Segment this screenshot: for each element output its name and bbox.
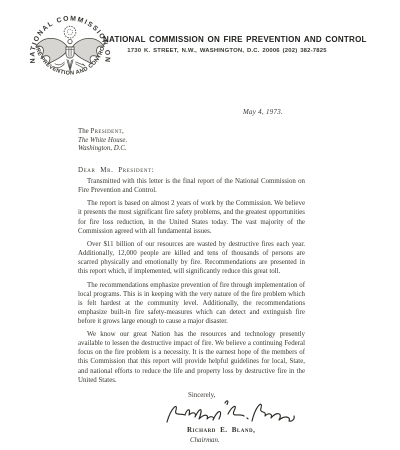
paragraph: The recommendations emphasize prevention… <box>78 281 305 326</box>
addressee-block: The President, The White House. Washingt… <box>78 128 127 154</box>
addressee-line2: The White House. <box>78 137 127 146</box>
printed-name: Richard E. Bland, <box>187 426 255 434</box>
paragraph: Transmitted with this letter is the fina… <box>78 177 305 195</box>
eagle-seal-icon: NATIONAL COMMISSION ON FIRE PREVENTION A… <box>25 6 115 96</box>
addressee-line3: Washington, D.C. <box>78 145 127 154</box>
salutation: Dear Mr. President: <box>78 166 154 174</box>
letter-body: Transmitted with this letter is the fina… <box>78 177 305 389</box>
paragraph: The report is based on almost 2 years of… <box>78 199 305 235</box>
paragraph: We know our great Nation has the resourc… <box>78 330 305 385</box>
signature-scrawl <box>162 398 300 428</box>
letter-document-page: NATIONAL COMMISSION ON FIRE PREVENTION A… <box>0 0 400 450</box>
addressee-line1: The President, <box>78 128 127 137</box>
letterhead: NATIONAL COMMISSION ON FIRE PREVENTION A… <box>103 35 351 54</box>
signer-title: Chairman. <box>190 437 220 444</box>
paragraph: Over $11 billion of our resources are wa… <box>78 240 305 276</box>
org-name: NATIONAL COMMISSION ON FIRE PREVENTION A… <box>103 35 351 44</box>
org-address: 1730 K. STREET, N.W., WASHINGTON, D.C. 2… <box>103 48 351 54</box>
letter-date: May 4, 1973. <box>243 109 283 116</box>
